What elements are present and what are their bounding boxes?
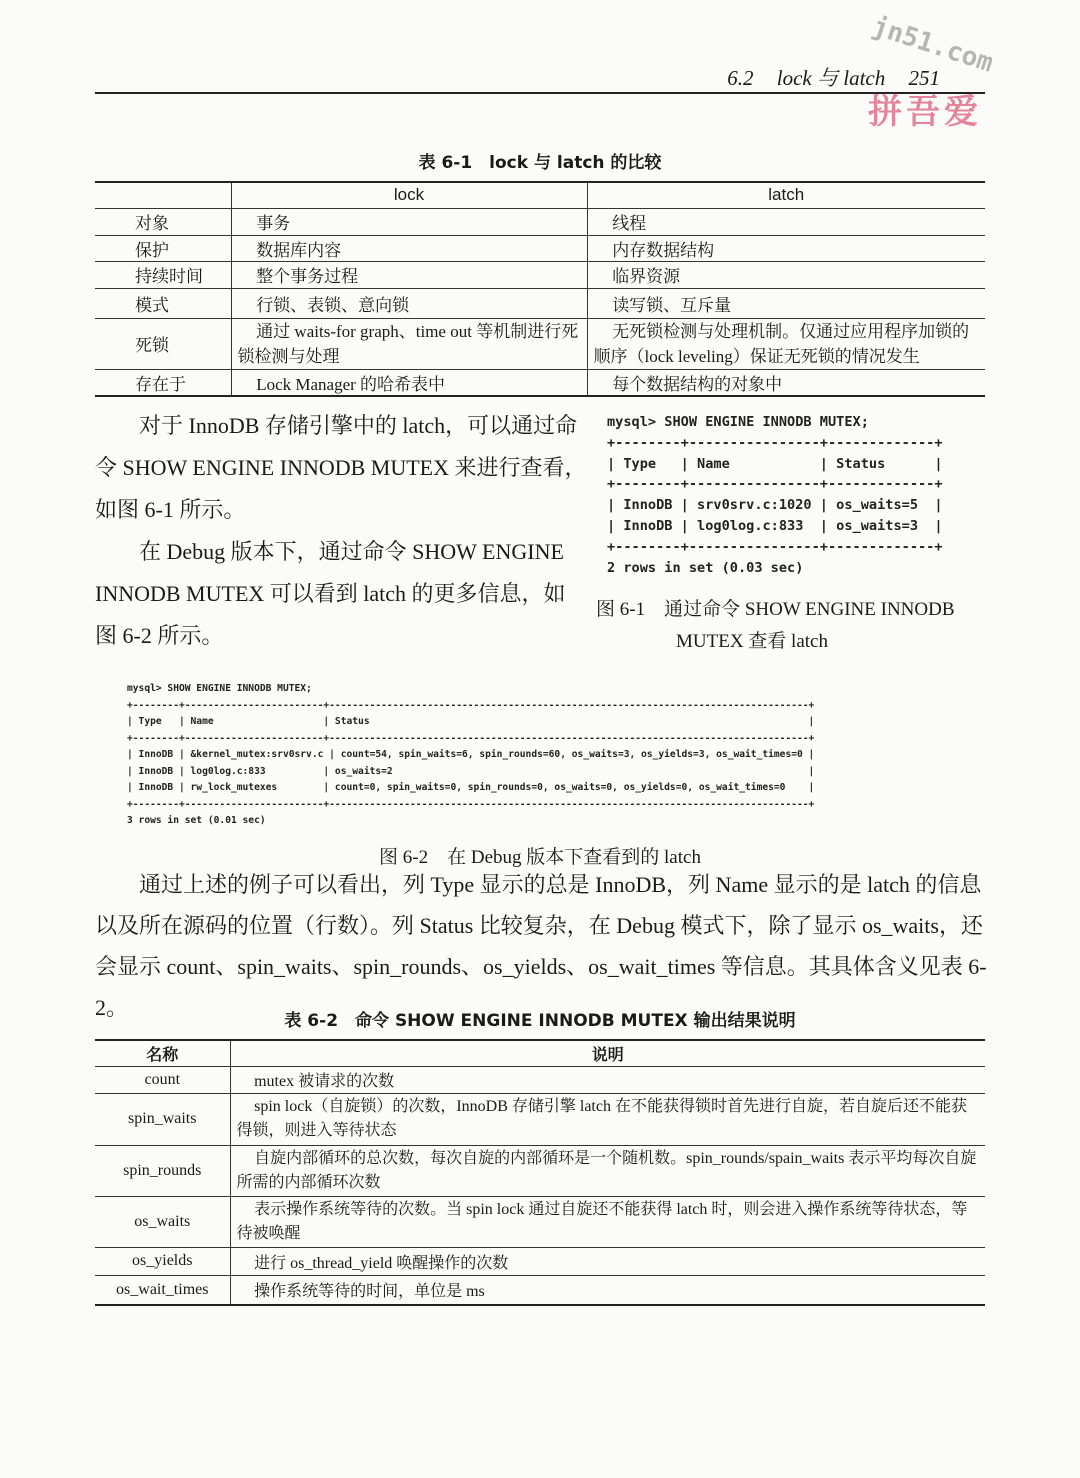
table2-header-row: 名称 说明 <box>95 1040 985 1066</box>
row-lock: 整个事务过程 <box>231 261 587 288</box>
section-number: 6.2 <box>727 66 753 90</box>
row-desc: 操作系统等待的时间，单位是 ms <box>230 1275 985 1305</box>
figure1-caption-line1: 图 6-1 通过命令 SHOW ENGINE INNODB <box>596 594 955 621</box>
table2-caption: 表 6-2 命令 SHOW ENGINE INNODB MUTEX 输出结果说明 <box>95 1006 985 1031</box>
row-desc: mutex 被请求的次数 <box>230 1066 985 1093</box>
table-row: os_yields 进行 os_thread_yield 唤醒操作的次数 <box>95 1247 985 1275</box>
row-name: 对象 <box>95 208 231 235</box>
row-name: 模式 <box>95 288 231 318</box>
figure1-console-output: mysql> SHOW ENGINE INNODB MUTEX; +------… <box>607 412 943 578</box>
table-row: 对象 事务 线程 <box>95 208 985 235</box>
row-latch: 内存数据结构 <box>587 235 985 261</box>
table-row: spin_rounds 自旋内部循环的总次数，每次自旋的内部循环是一个随机数。s… <box>95 1145 985 1196</box>
row-name: spin_waits <box>95 1093 230 1145</box>
row-latch: 每个数据结构的对象中 <box>587 369 985 396</box>
row-desc: spin lock（自旋锁）的次数，InnoDB 存储引擎 latch 在不能获… <box>230 1093 985 1145</box>
paragraph-3: 通过上述的例子可以看出，列 Type 显示的总是 InnoDB，列 Name 显… <box>95 864 987 1028</box>
table2-header-desc: 说明 <box>230 1040 985 1066</box>
row-lock: 数据库内容 <box>231 235 587 261</box>
row-name: 存在于 <box>95 369 231 396</box>
table-row: 存在于 Lock Manager 的哈希表中 每个数据结构的对象中 <box>95 369 985 396</box>
table-row: 保护 数据库内容 内存数据结构 <box>95 235 985 261</box>
row-name: os_waits <box>95 1196 230 1247</box>
row-desc: 进行 os_thread_yield 唤醒操作的次数 <box>230 1247 985 1275</box>
row-lock: 通过 waits-for graph、time out 等机制进行死锁检测与处理 <box>231 318 587 369</box>
figure1-caption-line2: MUTEX 查看 latch <box>676 626 828 653</box>
table-row: os_wait_times 操作系统等待的时间，单位是 ms <box>95 1275 985 1305</box>
table-row: spin_waits spin lock（自旋锁）的次数，InnoDB 存储引擎… <box>95 1093 985 1145</box>
table-row: os_waits 表示操作系统等待的次数。当 spin lock 通过自旋还不能… <box>95 1196 985 1247</box>
watermark-logo: 拼吾爱 <box>868 84 982 133</box>
row-lock: 事务 <box>231 208 587 235</box>
figure2-console-output: mysql> SHOW ENGINE INNODB MUTEX; +------… <box>127 681 814 830</box>
row-desc: 自旋内部循环的总次数，每次自旋的内部循环是一个随机数。spin_rounds/s… <box>230 1145 985 1196</box>
table-row: 模式 行锁、表锁、意向锁 读写锁、互斥量 <box>95 288 985 318</box>
row-name: os_yields <box>95 1247 230 1275</box>
row-desc: 表示操作系统等待的次数。当 spin lock 通过自旋还不能获得 latch … <box>230 1196 985 1247</box>
table-row: count mutex 被请求的次数 <box>95 1066 985 1093</box>
table1-caption: 表 6-1 lock 与 latch 的比较 <box>95 148 985 173</box>
row-name: 保护 <box>95 235 231 261</box>
row-name: 死锁 <box>95 318 231 369</box>
table-row: 持续时间 整个事务过程 临界资源 <box>95 261 985 288</box>
row-name: os_wait_times <box>95 1275 230 1305</box>
row-latch: 线程 <box>587 208 985 235</box>
row-name: count <box>95 1066 230 1093</box>
row-name: spin_rounds <box>95 1145 230 1196</box>
table2-mutex-output-description: 名称 说明 count mutex 被请求的次数 spin_waits spin… <box>95 1039 985 1306</box>
table1-header-lock: lock <box>231 182 587 208</box>
table1-header-row: lock latch <box>95 182 985 208</box>
row-name: 持续时间 <box>95 261 231 288</box>
row-latch: 无死锁检测与处理机制。仅通过应用程序加锁的顺序（lock leveling）保证… <box>587 318 985 369</box>
row-latch: 临界资源 <box>587 261 985 288</box>
table-row: 死锁 通过 waits-for graph、time out 等机制进行死锁检测… <box>95 318 985 369</box>
paragraph-1: 对于 InnoDB 存储引擎中的 latch，可以通过命令 SHOW ENGIN… <box>95 405 587 531</box>
row-lock: Lock Manager 的哈希表中 <box>231 369 587 396</box>
row-latch: 读写锁、互斥量 <box>587 288 985 318</box>
table1-header-latch: latch <box>587 182 985 208</box>
table1-header-blank <box>95 182 231 208</box>
table2-header-name: 名称 <box>95 1040 230 1066</box>
table1-lock-vs-latch: lock latch 对象 事务 线程 保护 数据库内容 内存数据结构 持续时间… <box>95 181 985 397</box>
paragraph-2: 在 Debug 版本下，通过命令 SHOW ENGINE INNODB MUTE… <box>95 531 587 657</box>
watermark-url: jn51.com <box>868 11 996 78</box>
row-lock: 行锁、表锁、意向锁 <box>231 288 587 318</box>
